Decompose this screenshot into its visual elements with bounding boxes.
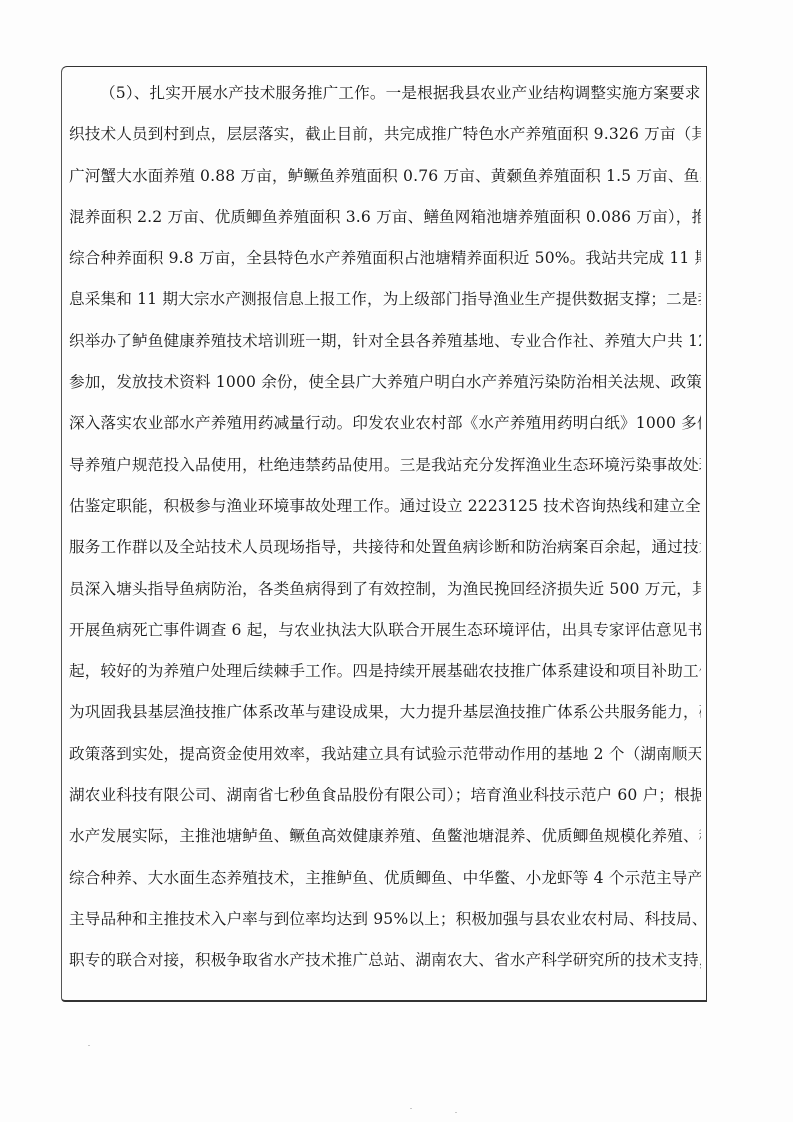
text-line: 深入落实农业部水产养殖用药减量行动。印发农业农村部《水产养殖用药明白纸》1000… <box>69 407 701 448</box>
text-line: 广河蟹大水面养殖 0.88 万亩，鲈鳜鱼养殖面积 0.76 万亩、黄颡鱼养殖面积… <box>69 160 701 201</box>
scan-speck <box>410 1108 412 1109</box>
text-line: 职专的联合对接，积极争取省水产技术推广总站、湖南农大、省水产科学研究所的技术支持… <box>69 944 701 985</box>
text-line: 湖农业科技有限公司、湖南省七秒鱼食品股份有限公司）；培育渔业科技示范户 60 户… <box>69 779 701 820</box>
scanned-page: （5）、扎实开展水产技术服务推广工作。一是根据我县农业产业结构调整实施方案要求，… <box>0 0 793 1122</box>
scan-speck <box>455 1112 457 1113</box>
text-line: 混养面积 2.2 万亩、优质鲫鱼养殖面积 3.6 万亩、鳝鱼网箱池塘养殖面积 0… <box>69 201 701 242</box>
text-line: 服务工作群以及全站技术人员现场指导，共接待和处置鱼病诊断和防治病案百余起，通过技… <box>69 531 701 572</box>
text-line: 水产发展实际，主推池塘鲈鱼、鳜鱼高效健康养殖、鱼鳖池塘混养、优质鲫鱼规模化养殖、… <box>69 820 701 861</box>
text-line: 息采集和 11 期大宗水产测报信息上报工作，为上级部门指导渔业生产提供数据支撑；… <box>69 283 701 324</box>
text-line: 综合种养、大水面生态养殖技术，主推鲈鱼、优质鲫鱼、中华鳖、小龙虾等 4 个示范主… <box>69 862 701 903</box>
text-line: 估鉴定职能，积极参与渔业环境事故处理工作。通过设立 2223125 技术咨询热线… <box>69 490 701 531</box>
text-line: 起，较好的为养殖户处理后续棘手工作。四是持续开展基础农技推广体系建设和项目补助工… <box>69 655 701 696</box>
text-line: 政策落到实处，提高资金使用效率，我站建立具有试验示范带动作用的基地 2 个（湖南… <box>69 738 701 779</box>
text-line: 开展鱼病死亡事件调查 6 起，与农业执法大队联合开展生态环境评估，出具专家评估意… <box>69 614 701 655</box>
text-line: （5）、扎实开展水产技术服务推广工作。一是根据我县农业产业结构调整实施方案要求，… <box>69 77 701 118</box>
text-line: 参加，发放技术资料 1000 余份，使全县广大养殖户明白水产养殖污染防治相关法规… <box>69 366 701 407</box>
text-line: 主导品种和主推技术入户率与到位率均达到 95%以上；积极加强与县农业农村局、科技… <box>69 903 701 944</box>
text-line: 综合种养面积 9.8 万亩，全县特色水产养殖面积占池塘精养面积近 50%。我站共… <box>69 242 701 283</box>
text-line: 导养殖户规范投入品使用，杜绝违禁药品使用。三是我站充分发挥渔业生态环境污染事故处… <box>69 449 701 490</box>
body-text: （5）、扎实开展水产技术服务推广工作。一是根据我县农业产业结构调整实施方案要求，… <box>69 77 701 986</box>
text-line: 织举办了鲈鱼健康养殖技术培训班一期，针对全县各养殖基地、专业合作社、养殖大户共 … <box>69 325 701 366</box>
text-line: 为巩固我县基层渔技推广体系改革与建设成果，大力提升基层渔技推广体系公共服务能力，… <box>69 696 701 737</box>
scan-speck <box>88 1045 90 1046</box>
text-line: 员深入塘头指导鱼病防治，各类鱼病得到了有效控制，为渔民挽回经济损失近 500 万… <box>69 573 701 614</box>
text-line: 织技术人员到村到点，层层落实，截止目前，共完成推广特色水产养殖面积 9.326 … <box>69 118 701 159</box>
